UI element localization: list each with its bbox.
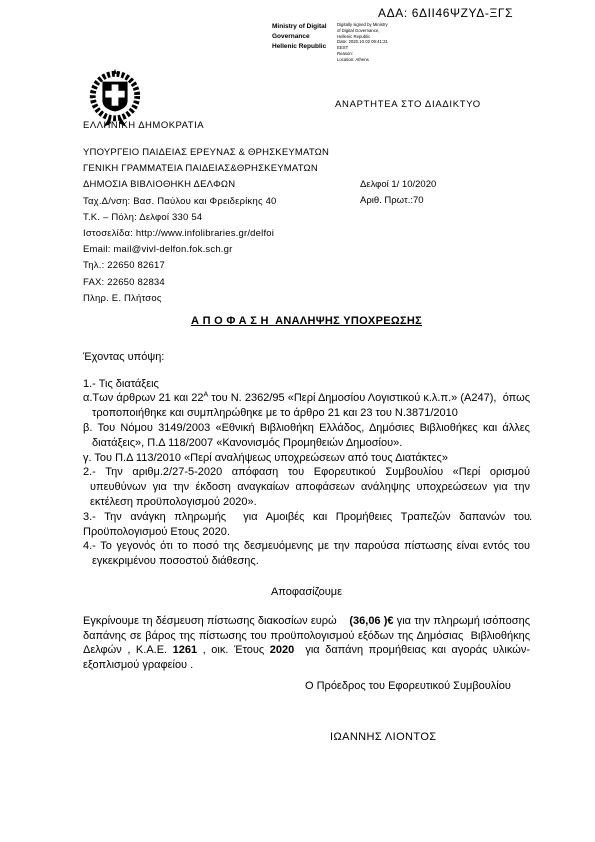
list-item-1a: α.Των άρθρων 21 και 22Α του Ν. 2362/95 «… xyxy=(83,391,530,421)
decide-word: Αποφασίζουμε xyxy=(83,585,530,600)
signer-name: ΙΩΑΝΝΗΣ ΛΙΟΝΤΟΣ xyxy=(330,730,530,745)
document-page: ΑΔΑ: 6ΔΙΙ46ΨΖΥΔ-ΞΓΣ Ministry of Digital … xyxy=(0,0,595,842)
list-item-3: 3.- Την ανάγκη πληρωμής για Αμοιβές και … xyxy=(83,510,530,540)
digital-signature-stamp: Ministry of Digital Governance Hellenic … xyxy=(272,22,401,63)
decision-title: Α Π Ο Φ Α Σ Η ΑΝΑΛΗΨΗΣ ΥΠΟΧΡΕΩΣΗΣ xyxy=(83,310,530,329)
fax-line: FAX: 22650 82834 xyxy=(83,275,530,291)
publish-notice: ΑΝΑΡΤΗΤΕΑ ΣΤΟ ΔΙΑΔΙΚΤΥΟ xyxy=(335,99,481,110)
postcode-city-line: Τ.Κ. – Πόλη: Δελφοί 330 54 xyxy=(83,210,530,226)
decision-paragraph: Εγκρίνουμε τη δέσμευση πίστωσης διακοσίω… xyxy=(83,614,530,673)
republic-title: ΕΛΛΗΝΙΚΗ ΔΗΜΟΚΡΑΤΙΑ xyxy=(83,120,204,131)
amount-value: (36,06 )€ xyxy=(349,615,393,627)
kae-value: 1261 xyxy=(173,644,197,656)
list-item-1c: γ. Του Π.Δ 113/2010 «Περί αναλήψεως υποχ… xyxy=(83,451,530,466)
stamp-authority-line: Governance xyxy=(272,32,332,42)
stamp-authority-line: Hellenic Republic xyxy=(272,42,332,52)
signer-role: Ο Πρόεδρος του Εφορευτικού Συμβουλίου xyxy=(305,679,530,694)
decision-text: , οικ. Έτους xyxy=(197,644,270,656)
phone-line: Τηλ.: 22650 82617 xyxy=(83,258,530,274)
library-line: ΔΗΜΟΣΙΑ ΒΙΒΛΙΟΘΗΚΗ ΔΕΛΦΩΝ xyxy=(83,177,530,193)
document-body: Α Π Ο Φ Α Σ Η ΑΝΑΛΗΨΗΣ ΥΠΟΧΡΕΩΣΗΣ Έχοντα… xyxy=(83,310,530,745)
secretariat-line: ΓΕΝΙΚΗ ΓΡΑΜΜΑΤΕΙΑ ΠΑΙΔΕΙΑΣ&ΘΡΗΣΚΕΥΜΑΤΩΝ xyxy=(83,161,530,177)
preamble: Έχοντας υπόψη: xyxy=(83,350,530,365)
list-item-4: 4.- Το γεγονός ότι το ποσό της δεσμευόμε… xyxy=(83,539,530,569)
decision-text: Εγκρίνουμε τη δέσμευση πίστωσης διακοσίω… xyxy=(83,615,349,627)
stamp-authority-line: Ministry of Digital xyxy=(272,22,332,32)
email-line: Email: mail@vivl-delfon.fok.sch.gr xyxy=(83,242,530,258)
place-date: Δελφοί 1/ 10/2020 xyxy=(360,179,436,190)
stamp-authority-label: Ministry of Digital Governance Hellenic … xyxy=(272,22,332,63)
letterhead: ΥΠΟΥΡΓΕΙΟ ΠΑΙΔΕΙΑΣ ΕΡΕΥΝΑΣ & ΘΡΗΣΚΕΥΜΑΤΩ… xyxy=(83,145,530,307)
stamp-signature-details: Digitally signed by Ministry of Digital … xyxy=(337,22,401,63)
list-item-1a-text: α.Των άρθρων 21 και 22 xyxy=(83,392,203,404)
protocol-number: Αριθ. Πρωτ.:70 xyxy=(360,195,424,206)
website-line: Ιστοσελίδα: http://www.infolibraries.gr/… xyxy=(83,226,530,242)
address-line: Ταχ.Δ/νση: Βασ. Παύλου και Φρειδερίκης 4… xyxy=(83,194,530,210)
list-item-1: 1.- Τις διατάξεις xyxy=(83,377,530,392)
ministry-line: ΥΠΟΥΡΓΕΙΟ ΠΑΙΔΕΙΑΣ ΕΡΕΥΝΑΣ & ΘΡΗΣΚΕΥΜΑΤΩ… xyxy=(83,145,530,161)
ada-code: ΑΔΑ: 6ΔΙΙ46ΨΖΥΔ-ΞΓΣ xyxy=(378,6,513,20)
stray-period: . xyxy=(529,510,532,525)
list-item-1b: β. Του Νόμου 3149/2003 «Εθνική Βιβλιοθήκ… xyxy=(83,421,530,451)
list-item-3-text: 3.- Την ανάγκη πληρωμής για Αμοιβές και … xyxy=(83,511,530,538)
list-item-2: 2.- Την αριθμ.2/27-5-2020 απόφαση του Εφ… xyxy=(83,465,530,509)
contact-person-line: Πληρ. Ε. Πλήτσος xyxy=(83,291,530,307)
considerations-list: 1.- Τις διατάξεις α.Των άρθρων 21 και 22… xyxy=(83,377,530,569)
stamp-detail-line: Location: Athens xyxy=(337,57,401,63)
fiscal-year-value: 2020 xyxy=(270,644,294,656)
